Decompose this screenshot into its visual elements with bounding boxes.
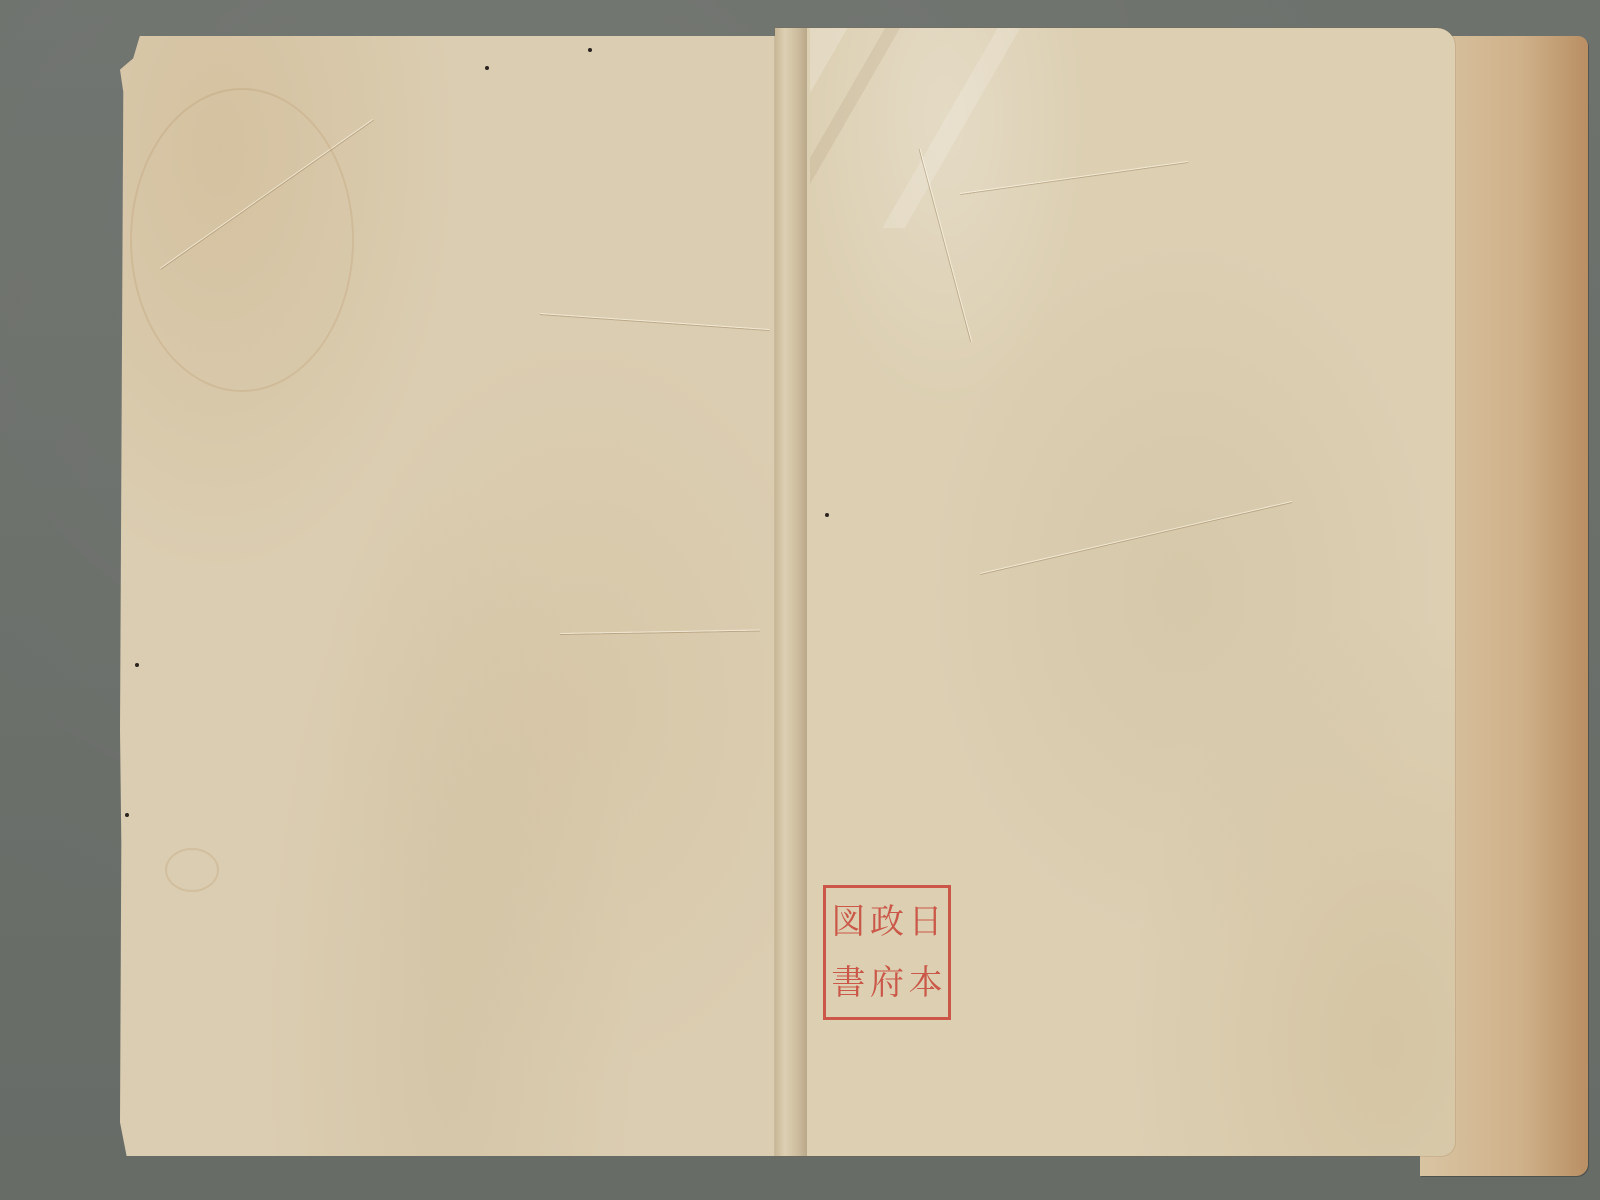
ink-speck [485,66,489,70]
seal-character: 書 [830,954,867,1014]
crumpled-corner [810,28,1070,228]
seal-character: 本 [907,954,944,1014]
ink-speck [588,48,592,52]
book [120,28,1465,1163]
water-stain [130,88,354,392]
water-stain [165,848,219,892]
ink-speck [125,813,129,817]
seal-character: 府 [869,954,906,1014]
ink-speck [825,513,829,517]
red-seal-stamp: 日 本 政 府 図 書 [823,885,951,1020]
seal-character: 日 [907,892,944,952]
ink-speck [135,663,139,667]
seal-character: 図 [830,892,867,952]
spine-fold [775,28,807,1156]
seal-character: 政 [869,892,906,952]
